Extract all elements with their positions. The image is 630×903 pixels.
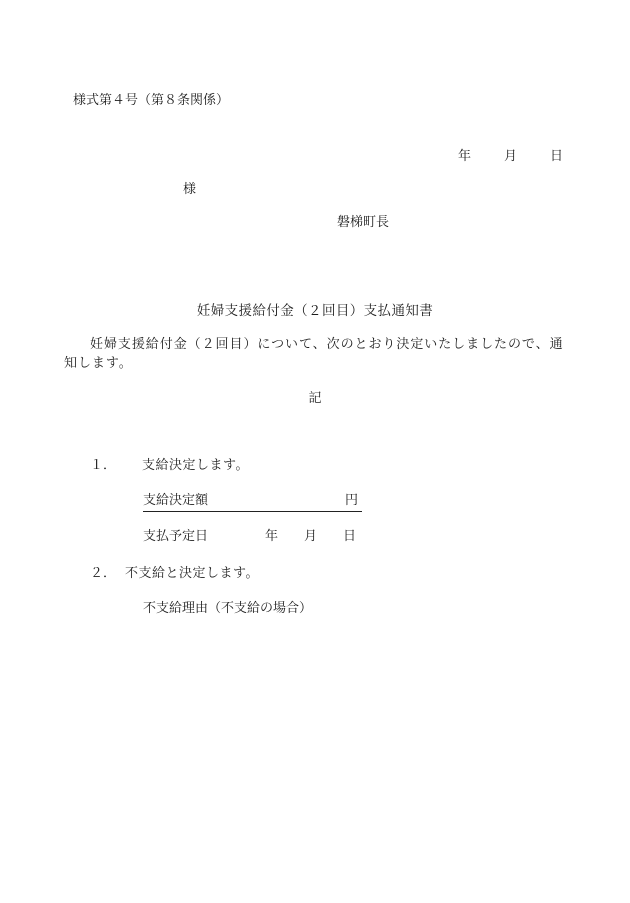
document-page: 様式第４号（第８条関係） 年 月 日 様 磐梯町長 妊婦支援給付金（２回目）支払… <box>0 0 630 903</box>
amount-underline-row: 支給決定額 円 <box>143 491 362 512</box>
sender-title: 磐梯町長 <box>337 213 389 231</box>
issue-date-day-label: 日 <box>550 147 563 165</box>
payment-date-label: 支払予定日 <box>143 527 208 545</box>
body-paragraph-line-1: 妊婦支援給付金（２回目）について、次のとおり決定いたしましたので、通 <box>64 335 564 354</box>
item-2-text: 不支給と決定します。 <box>125 564 259 582</box>
rejection-reason-note: 不支給理由（不支給の場合） <box>143 599 312 617</box>
body-paragraph: 妊婦支援給付金（２回目）について、次のとおり決定いたしましたので、通 知します。 <box>64 335 564 372</box>
body-paragraph-line-2: 知します。 <box>64 354 564 373</box>
payment-date-month-label: 月 <box>304 527 317 545</box>
issue-date-month-label: 月 <box>504 147 517 165</box>
form-number: 様式第４号（第８条関係） <box>73 91 229 109</box>
item-1-number: １． <box>90 456 116 474</box>
amount-unit-label: 円 <box>345 491 362 509</box>
item-1-text: 支給決定します。 <box>142 456 249 474</box>
amount-label: 支給決定額 <box>143 491 208 509</box>
item-2-number: ２． <box>90 564 116 582</box>
document-title: 妊婦支援給付金（２回目）支払通知書 <box>0 302 630 320</box>
payment-date-year-label: 年 <box>265 527 278 545</box>
record-marker: 記 <box>0 389 630 407</box>
recipient-honorific: 様 <box>183 180 196 198</box>
payment-date-day-label: 日 <box>343 527 356 545</box>
issue-date-year-label: 年 <box>458 147 471 165</box>
